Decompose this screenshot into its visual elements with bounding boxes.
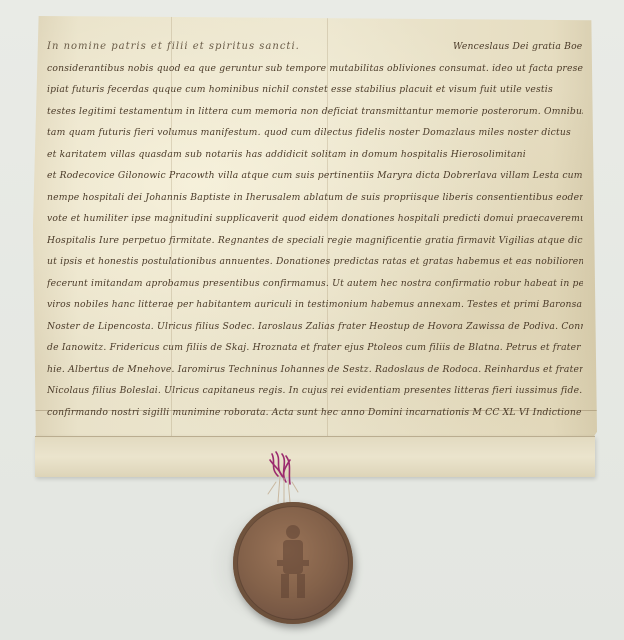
silk-cord-icon [262,446,306,506]
charter-line: tam quam futuris fieri volumus manifestu… [47,122,583,144]
charter-line: considerantibus nobis quod ea que gerunt… [47,58,583,80]
charter-line: fecerunt imitandam aprobamus presentibus… [47,273,583,295]
photo-background: In nomine patris et filii et spiritus sa… [0,0,624,640]
charter-line: Nicolaus filius Boleslai. Ulricus capita… [47,380,583,402]
charter-line: ipiat futuris fecerdas quque cum hominib… [47,79,583,101]
wax-seal [233,502,353,624]
invocatio: In nomine patris et filii et spiritus sa… [47,36,300,58]
charter-line: et karitatem villas quasdam sub notariis… [47,144,583,166]
charter-line: nempe hospitali dei Johannis Baptiste in… [47,187,583,209]
charter-line: Hospitalis Iure perpetuo firmitate. Regn… [47,230,583,252]
charter-line: vote et humiliter ipse magnitudini suppl… [47,208,583,230]
plica-fold [35,436,595,477]
charter-line: de Ianowitz. Fridericus cum filiis de Sk… [47,337,583,359]
charter-line: confirmando nostri sigilli munimine robo… [47,402,583,424]
charter-line: Noster de Lipencosta. Ulricus filius Sod… [47,316,583,338]
charter-line: et Rodecovice Gilonowic Pracowth villa a… [47,165,583,187]
enthroned-figure-icon [271,520,315,604]
charter-line-first: In nomine patris et filii et spiritus sa… [47,36,583,58]
intitulatio: Wenceslaus Dei gratia Boemorum Rex March… [453,36,583,58]
charter-line: viros nobiles hanc litterae per habitant… [47,294,583,316]
charter-line: ut ipsis et honestis postulationibus ann… [47,251,583,273]
charter-parchment: In nomine patris et filii et spiritus sa… [33,16,597,436]
charter-line: hie. Albertus de Mnehove. Iaromirus Tech… [47,359,583,381]
charter-text: In nomine patris et filii et spiritus sa… [47,36,583,423]
charter-line: testes legitimi testamentum in littera c… [47,101,583,123]
